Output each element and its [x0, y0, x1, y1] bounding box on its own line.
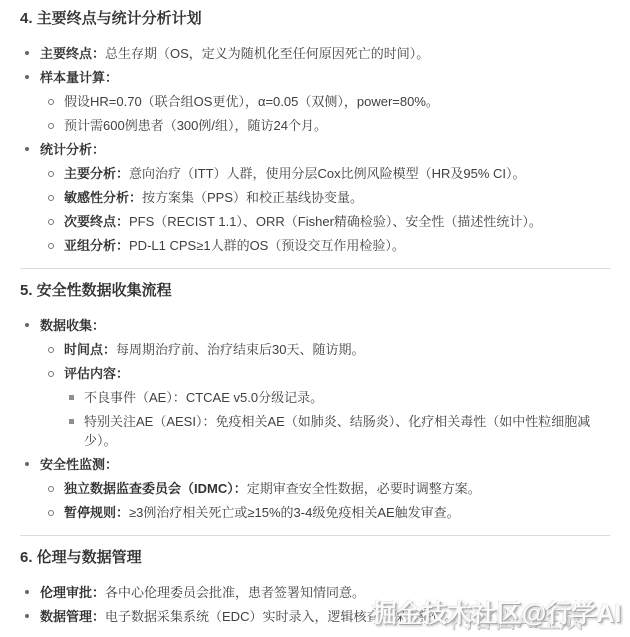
list-item: 样本量计算：	[20, 68, 610, 87]
item-label: 数据收集：	[40, 318, 105, 333]
list-item: 假设HR=0.70（联合组OS更优），α=0.05（双侧），power=80%。	[20, 92, 610, 111]
bullet-square-icon	[69, 419, 74, 424]
bullet-circle-icon	[48, 219, 54, 225]
item-label: 主要分析：	[64, 166, 129, 181]
item-label: 伦理审批：	[40, 585, 105, 600]
list-item: 特别关注AE（AESI）：免疫相关AE（如肺炎、结肠炎）、化疗相关毒性（如中性粒…	[20, 412, 610, 450]
item-text: 总生存期（OS，定义为随机化至任何原因死亡的时间）。	[105, 46, 429, 61]
document-sections: 4. 主要终点与统计分析计划主要终点：总生存期（OS，定义为随机化至任何原因死亡…	[20, 10, 610, 626]
item-label: 独立数据监查委员会（IDMC）：	[64, 481, 247, 496]
bullet-list: 主要终点：总生存期（OS，定义为随机化至任何原因死亡的时间）。样本量计算：假设H…	[20, 44, 610, 255]
item-text: 不良事件（AE）：CTCAE v5.0分级记录。	[84, 390, 323, 405]
section-divider	[20, 268, 610, 269]
item-text: PD-L1 CPS≥1人群的OS（预设交互作用检验）。	[129, 238, 405, 253]
item-label: 安全性监测：	[40, 457, 118, 472]
bullet-disc-icon	[25, 51, 29, 55]
list-item: 次要终点：PFS（RECIST 1.1）、ORR（Fisher精确检验）、安全性…	[20, 212, 610, 231]
section-heading: 6. 伦理与数据管理	[20, 549, 610, 567]
item-text: 假设HR=0.70（联合组OS更优），α=0.05（双侧），power=80%。	[64, 94, 439, 109]
item-text: 按方案集（PPS）和校正基线协变量。	[142, 190, 363, 205]
bullet-disc-icon	[25, 462, 29, 466]
list-item: 统计分析：	[20, 140, 610, 159]
item-text: 特别关注AE（AESI）：免疫相关AE（如肺炎、结肠炎）、化疗相关毒性（如中性粒…	[84, 414, 590, 448]
list-item: 预计需600例患者（300例/组），随访24个月。	[20, 116, 610, 135]
bullet-circle-icon	[48, 243, 54, 249]
bullet-disc-icon	[25, 590, 29, 594]
list-item: 时间点：每周期治疗前、治疗结束后30天、随访期。	[20, 340, 610, 359]
bullet-circle-icon	[48, 510, 54, 516]
bullet-circle-icon	[48, 171, 54, 177]
item-label: 时间点：	[64, 342, 116, 357]
list-item: 数据收集：	[20, 316, 610, 335]
item-label: 数据管理：	[40, 609, 105, 624]
section-heading: 4. 主要终点与统计分析计划	[20, 10, 610, 28]
item-text: 电子数据采集系统（EDC）实时录入，逻辑核查确保完整性。	[105, 609, 457, 624]
item-text: 预计需600例患者（300例/组），随访24个月。	[64, 118, 327, 133]
list-item: 不良事件（AE）：CTCAE v5.0分级记录。	[20, 388, 610, 407]
list-item: 数据管理：电子数据采集系统（EDC）实时录入，逻辑核查确保完整性。	[20, 607, 610, 626]
section-heading: 5. 安全性数据收集流程	[20, 282, 610, 300]
item-label: 样本量计算：	[40, 70, 118, 85]
item-label: 主要终点：	[40, 46, 105, 61]
bullet-circle-icon	[48, 371, 54, 377]
list-item: 评估内容：	[20, 364, 610, 383]
list-item: 亚组分析：PD-L1 CPS≥1人群的OS（预设交互作用检验）。	[20, 236, 610, 255]
bullet-list: 伦理审批：各中心伦理委员会批准，患者签署知情同意。数据管理：电子数据采集系统（E…	[20, 583, 610, 626]
list-item: 安全性监测：	[20, 455, 610, 474]
item-label: 评估内容：	[64, 366, 129, 381]
item-text: ≥3例治疗相关死亡或≥15%的3-4级免疫相关AE触发审查。	[129, 505, 460, 520]
document-page: 4. 主要终点与统计分析计划主要终点：总生存期（OS，定义为随机化至任何原因死亡…	[0, 0, 630, 626]
bullet-circle-icon	[48, 123, 54, 129]
list-item: 主要终点：总生存期（OS，定义为随机化至任何原因死亡的时间）。	[20, 44, 610, 63]
item-label: 次要终点：	[64, 214, 129, 229]
bullet-disc-icon	[25, 614, 29, 618]
bullet-list: 数据收集：时间点：每周期治疗前、治疗结束后30天、随访期。评估内容：不良事件（A…	[20, 316, 610, 522]
item-text: 定期审查安全性数据，必要时调整方案。	[247, 481, 481, 496]
list-item: 伦理审批：各中心伦理委员会批准，患者签署知情同意。	[20, 583, 610, 602]
item-text: 意向治疗（ITT）人群，使用分层Cox比例风险模型（HR及95% CI）。	[129, 166, 526, 181]
item-text: 每周期治疗前、治疗结束后30天、随访期。	[116, 342, 364, 357]
item-label: 暂停规则：	[64, 505, 129, 520]
list-item: 敏感性分析：按方案集（PPS）和校正基线协变量。	[20, 188, 610, 207]
item-label: 敏感性分析：	[64, 190, 142, 205]
bullet-circle-icon	[48, 486, 54, 492]
bullet-circle-icon	[48, 195, 54, 201]
item-text: PFS（RECIST 1.1）、ORR（Fisher精确检验）、安全性（描述性统…	[129, 214, 542, 229]
bullet-disc-icon	[25, 323, 29, 327]
bullet-circle-icon	[48, 347, 54, 353]
bullet-disc-icon	[25, 75, 29, 79]
item-text: 各中心伦理委员会批准，患者签署知情同意。	[105, 585, 365, 600]
bullet-square-icon	[69, 395, 74, 400]
section-divider	[20, 535, 610, 536]
item-label: 亚组分析：	[64, 238, 129, 253]
list-item: 独立数据监查委员会（IDMC）：定期审查安全性数据，必要时调整方案。	[20, 479, 610, 498]
bullet-circle-icon	[48, 99, 54, 105]
list-item: 主要分析：意向治疗（ITT）人群，使用分层Cox比例风险模型（HR及95% CI…	[20, 164, 610, 183]
bullet-disc-icon	[25, 147, 29, 151]
item-label: 统计分析：	[40, 142, 105, 157]
list-item: 暂停规则：≥3例治疗相关死亡或≥15%的3-4级免疫相关AE触发审查。	[20, 503, 610, 522]
